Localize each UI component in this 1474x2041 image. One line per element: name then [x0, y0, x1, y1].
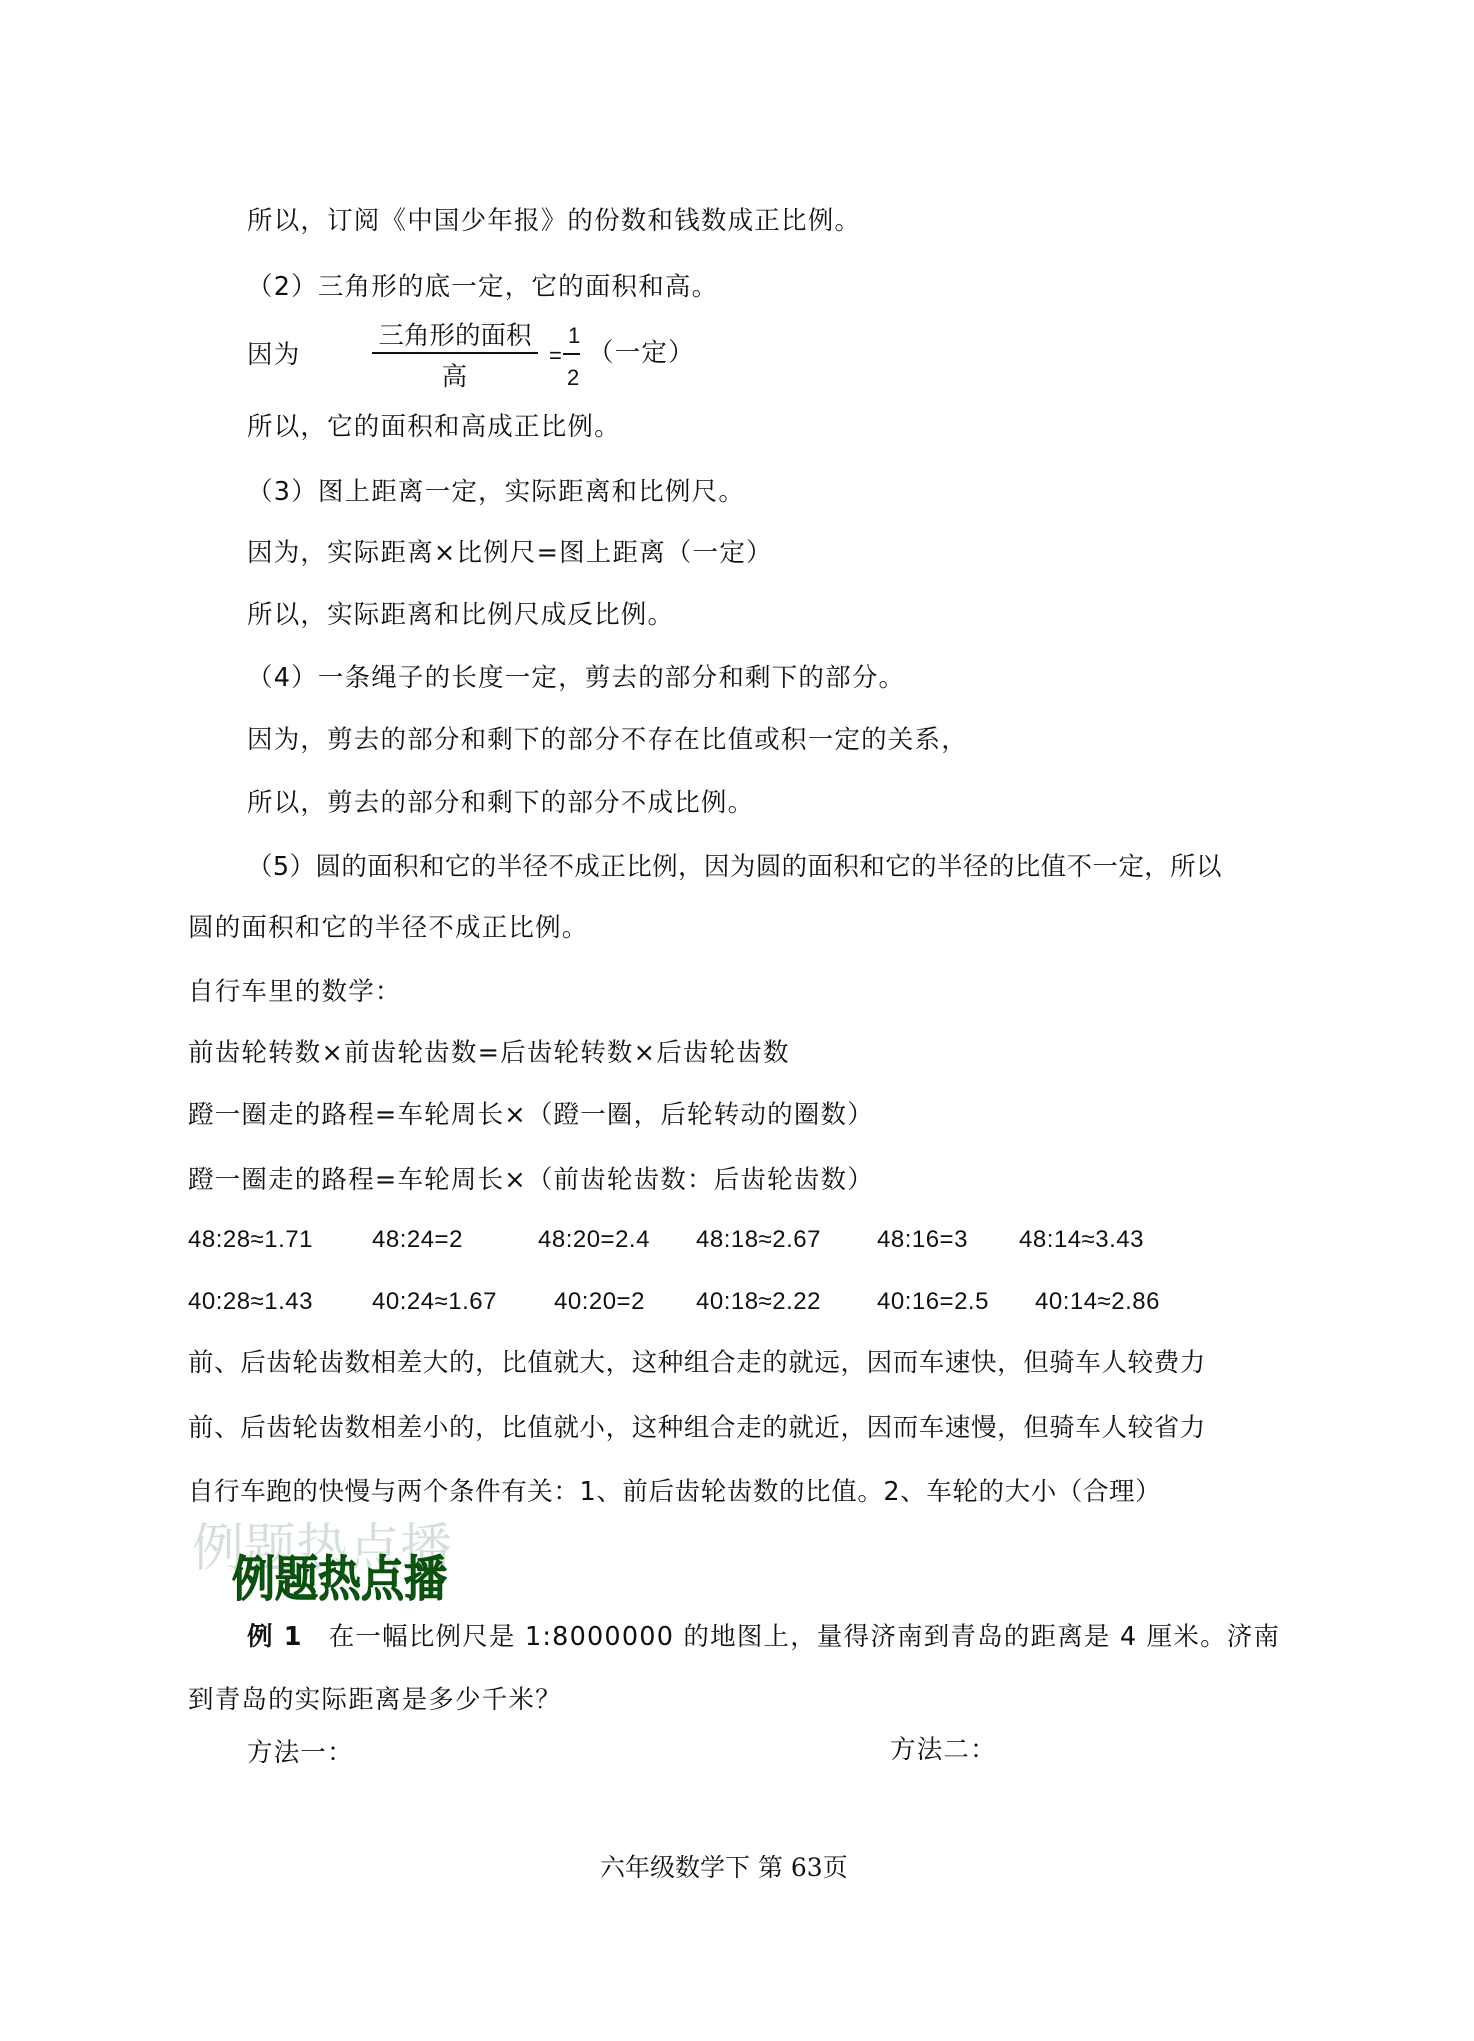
bike-formula: 蹬一圈走的路程=车轮周长×（蹬一圈，后轮转动的圈数）	[188, 1100, 874, 1130]
text-line: 所以，它的面积和高成正比例。	[247, 412, 621, 442]
ratio-cell: 40:18≈2.22	[696, 1287, 821, 1317]
example-line: 例 1在一幅比例尺是 1:8000000 的地图上，量得济南到青岛的距离是 4 …	[247, 1622, 1280, 1652]
ratio-cell: 40:16=2.5	[877, 1287, 989, 1317]
method-one-label: 方法一：	[247, 1738, 354, 1768]
ratio-cell: 48:18≈2.67	[696, 1225, 821, 1255]
fraction-bar	[372, 352, 538, 354]
bike-conclusion: 前、后齿轮齿数相差小的，比值就小，这种组合走的就近，因而车速慢，但骑车人较省力	[188, 1413, 1206, 1443]
text-line: 因为，实际距离×比例尺=图上距离（一定）	[247, 538, 773, 568]
text-line: （4）一条绳子的长度一定，剪去的部分和剩下的部分。	[247, 663, 905, 693]
bike-title: 自行车里的数学：	[188, 977, 402, 1007]
ratio-cell: 48:16=3	[877, 1225, 968, 1255]
ratio-cell: 48:14≈3.43	[1019, 1225, 1144, 1255]
bike-conclusion: 前、后齿轮齿数相差大的，比值就大，这种组合走的就远，因而车速快，但骑车人较费力	[188, 1348, 1206, 1378]
ratio-cell: 40:28≈1.43	[188, 1287, 313, 1317]
ratio-cell: 48:24=2	[372, 1225, 463, 1255]
equals-sign: =	[549, 344, 562, 368]
heading-text: 例题热点播	[232, 1546, 447, 1613]
fraction-denominator: 高	[372, 362, 538, 392]
text-line: 所以，订阅《中国少年报》的份数和钱数成正比例。	[247, 206, 861, 236]
example-line: 到青岛的实际距离是多少千米？	[188, 1685, 562, 1715]
ratio-cell: 40:20=2	[554, 1287, 645, 1317]
page-footer: 六年级数学下 第 63页	[600, 1853, 848, 1883]
example-text: 在一幅比例尺是 1:8000000 的地图上，量得济南到青岛的距离是 4 厘米。…	[329, 1622, 1280, 1652]
method-two-label: 方法二：	[890, 1735, 997, 1765]
text-line: 圆的面积和它的半径不成正比例。	[188, 913, 589, 943]
bike-formula: 前齿轮转数×前齿轮齿数=后齿轮转数×后齿轮齿数	[188, 1038, 790, 1068]
ratio-cell: 40:24≈1.67	[372, 1287, 497, 1317]
fraction-suffix: （一定）	[588, 338, 695, 368]
ratio-cell: 48:20=2.4	[538, 1225, 650, 1255]
text-line: （3）图上距离一定，实际距离和比例尺。	[247, 477, 745, 507]
text-line: 所以，剪去的部分和剩下的部分不成比例。	[247, 788, 754, 818]
fraction-prefix: 因为	[247, 340, 300, 370]
example-label: 例 1	[247, 1622, 303, 1652]
half-denominator: 2	[567, 366, 579, 390]
bike-formula: 蹬一圈走的路程=车轮周长×（前齿轮齿数：后齿轮齿数）	[188, 1165, 874, 1195]
text-line: 所以，实际距离和比例尺成反比例。	[247, 600, 674, 630]
half-numerator: 1	[568, 324, 580, 348]
half-bar	[563, 353, 580, 355]
fraction-numerator: 三角形的面积	[372, 321, 538, 351]
text-line: 因为，剪去的部分和剩下的部分不存在比值或积一定的关系，	[247, 725, 968, 755]
text-line: （2）三角形的底一定，它的面积和高。	[247, 272, 718, 302]
ratio-cell: 48:28≈1.71	[188, 1225, 313, 1255]
bike-conclusion: 自行车跑的快慢与两个条件有关：1、前后齿轮齿数的比值。2、车轮的大小（合理）	[188, 1477, 1161, 1507]
ratio-cell: 40:14≈2.86	[1035, 1287, 1160, 1317]
text-line: （5）圆的面积和它的半径不成正比例，因为圆的面积和它的半径的比值不一定，所以	[247, 852, 1222, 882]
